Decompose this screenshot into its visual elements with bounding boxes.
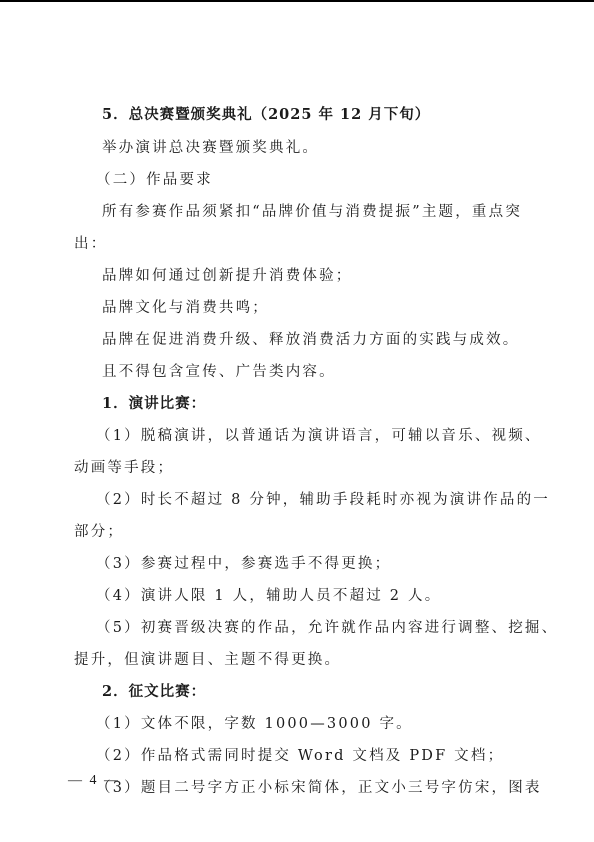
list-item: （2）时长不超过 8 分钟，辅助手段耗时亦视为演讲作品的一 [96, 489, 550, 511]
section-heading-final-ceremony: 5．总决赛暨颁奖典礼（2025 年 12 月下旬） [102, 104, 430, 126]
list-item: 品牌如何通过创新提升消费体验； [102, 265, 353, 287]
list-item-continued: 部分； [74, 521, 124, 543]
paragraph-text: 举办演讲总决赛暨颁奖典礼。 [102, 137, 319, 159]
list-item-continued: 提升，但演讲题目、主题不得更换。 [74, 649, 341, 671]
paragraph-text: 且不得包含宣传、广告类内容。 [102, 361, 336, 383]
list-item: （4）演讲人限 1 人，辅助人员不超过 2 人。 [96, 585, 441, 607]
paragraph-text: 所有参赛作品须紧扣“品牌价值与消费提振”主题，重点突 [102, 201, 522, 223]
list-item: 品牌在促进消费升级、释放消费活力方面的实践与成效。 [102, 329, 520, 351]
list-item: （3）题目二号字方正小标宋简体，正文小三号字仿宋，图表 [96, 777, 542, 799]
subheading-speech-contest: 1．演讲比赛： [102, 393, 206, 415]
list-item: （2）作品格式需同时提交 Word 文档及 PDF 文档； [96, 745, 504, 767]
subheading-essay-contest: 2．征文比赛： [102, 681, 206, 703]
list-item: （1）文体不限，字数 1000—3000 字。 [96, 713, 413, 735]
top-border-line [0, 0, 594, 2]
list-item-continued: 动画等手段； [74, 457, 174, 479]
page-number: — 4 — [68, 773, 120, 789]
list-item: （5）初赛晋级决赛的作品，允许就作品内容进行调整、挖掘、 [96, 617, 558, 639]
list-item: （3）参赛过程中，参赛选手不得更换； [96, 553, 391, 575]
section-heading-work-requirements: （二）作品要求 [96, 169, 213, 191]
paragraph-text-continued: 出： [74, 233, 107, 255]
list-item: 品牌文化与消费共鸣； [102, 297, 269, 319]
list-item: （1）脱稿演讲，以普通话为演讲语言，可辅以音乐、视频、 [96, 425, 542, 447]
